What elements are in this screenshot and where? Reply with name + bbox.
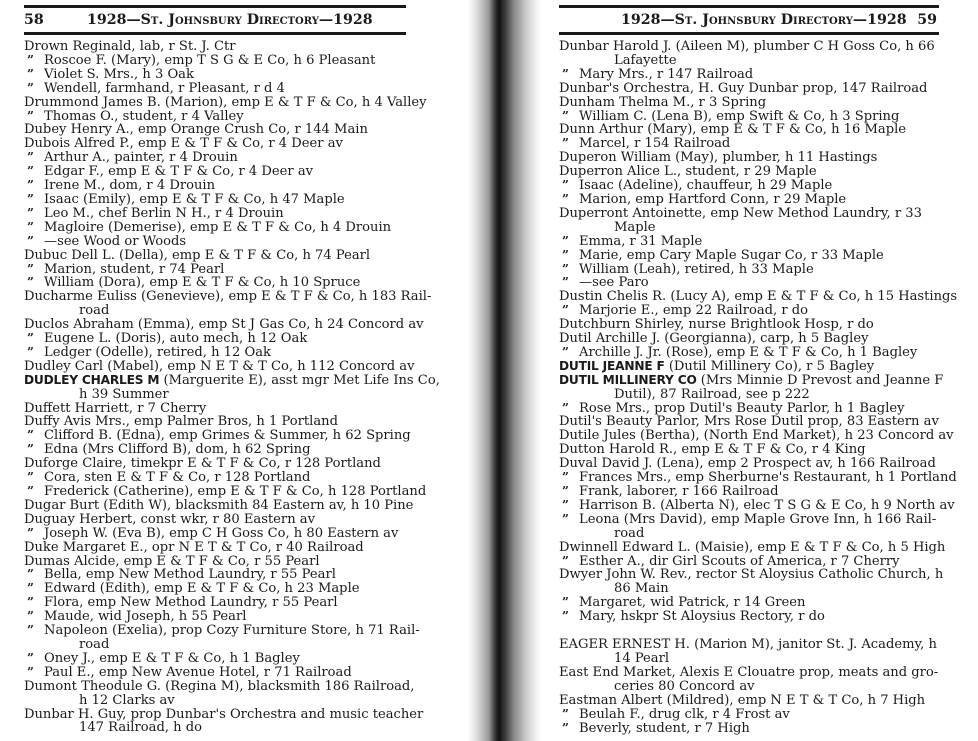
ditto-mark: ” — [562, 513, 579, 527]
entry-text: Drown Reginald, lab, r St. J. Ctr — [24, 39, 236, 54]
entry-continuation: h 12 Clarks av — [24, 694, 408, 708]
entry-text: Duforge Claire, timekpr E & T F & Co, r … — [24, 456, 381, 471]
directory-entry: Dutile Jules (Bertha), (North End Market… — [559, 429, 941, 443]
ditto-mark: ” — [27, 582, 44, 596]
entry-continuation: Maple — [559, 221, 941, 235]
entry-text: Marion, emp Hartford Conn, r 29 Maple — [579, 192, 846, 207]
page-number: 59 — [917, 10, 937, 30]
entry-text: William C. (Lena B), emp Swift & Co, h 3… — [579, 109, 899, 124]
ditto-mark: ” — [562, 249, 579, 263]
ditto-mark: ” — [562, 722, 579, 736]
entry-continuation: 86 Main — [559, 582, 941, 596]
entry-text: Dutchburn Shirley, nurse Brightlook Hosp… — [559, 317, 874, 332]
ditto-mark: ” — [27, 207, 44, 221]
ditto-mark: ” — [27, 332, 44, 346]
directory-sub-entry: ”Maude, wid Joseph, h 55 Pearl — [24, 610, 408, 624]
directory-sub-entry: ”Edgar F., emp E & T F & Co, r 4 Deer av — [24, 165, 408, 179]
directory-sub-entry: ”Ledger (Odelle), retired, h 12 Oak — [24, 346, 408, 360]
directory-sub-entry: ”Wendell, farmhand, r Pleasant, r d 4 — [24, 82, 408, 96]
header-rule-bottom — [24, 32, 406, 35]
ditto-mark: ” — [27, 68, 44, 82]
ditto-mark: ” — [27, 165, 44, 179]
directory-sub-entry: ”Arthur A., painter, r 4 Drouin — [24, 151, 408, 165]
bold-listing-name: DUTIL MILLINERY CO — [559, 373, 697, 387]
directory-entry: Duffy Avis Mrs., emp Palmer Bros, h 1 Po… — [24, 415, 408, 429]
entry-text: Leona (Mrs David), emp Maple Grove Inn, … — [579, 512, 936, 527]
directory-entry: East End Market, Alexis E Clouatre prop,… — [559, 666, 941, 680]
entry-text: Marion, student, r 74 Pearl — [44, 262, 224, 277]
entry-continuation: h 39 Summer — [24, 388, 408, 402]
running-header: 1928—St. Johnsbury Directory—1928 59 — [559, 10, 939, 30]
running-head-title: 1928—St. Johnsbury Directory—1928 — [621, 10, 907, 30]
directory-entries: Drown Reginald, lab, r St. J. Ctr”Roscoe… — [24, 40, 408, 735]
ditto-mark: ” — [562, 276, 579, 290]
entry-text: Leo M., chef Berlin N H., r 4 Drouin — [44, 206, 284, 221]
entry-text: Marie, emp Cary Maple Sugar Co, r 33 Map… — [579, 248, 884, 263]
directory-entry: Dumont Theodule G. (Regina M), blacksmit… — [24, 680, 408, 694]
entry-text: Dutton Harold R., emp E & T F & Co, r 4 … — [559, 442, 866, 457]
entry-text: Dunn Arthur (Mary), emp E & T F & Co, h … — [559, 122, 906, 137]
entry-text: EAGER ERNEST H. (Marion M), janitor St. … — [559, 637, 937, 652]
directory-entry: Dwinnell Edward L. (Maisie), emp E & T F… — [559, 541, 941, 555]
ditto-mark: ” — [27, 443, 44, 457]
ditto-mark: ” — [27, 624, 44, 638]
entry-text: Maude, wid Joseph, h 55 Pearl — [44, 609, 246, 624]
directory-entry: Dutil Archille J. (Georgianna), carp, h … — [559, 332, 941, 346]
directory-sub-entry: ”Thomas O., student, r 4 Valley — [24, 110, 408, 124]
ditto-mark: ” — [562, 110, 579, 124]
directory-entry: Drummond James B. (Marion), emp E & T F … — [24, 96, 408, 110]
entry-text: Rose Mrs., prop Dutil's Beauty Parlor, h… — [579, 401, 905, 416]
ditto-mark: ” — [562, 346, 579, 360]
entry-text: East End Market, Alexis E Clouatre prop,… — [559, 665, 938, 680]
entry-text: Beverly, student, r 7 High — [579, 721, 750, 736]
entry-text: Mary Mrs., r 147 Railroad — [579, 67, 753, 82]
directory-sub-entry: ”Irene M., dom, r 4 Drouin — [24, 179, 408, 193]
ditto-mark: ” — [562, 610, 579, 624]
entry-text: Dustin Chelis R. (Lucy A), emp E & T F &… — [559, 289, 957, 304]
ditto-mark: ” — [27, 54, 44, 68]
directory-sub-entry: ”Rose Mrs., prop Dutil's Beauty Parlor, … — [559, 402, 941, 416]
entry-text: Dubey Henry A., emp Orange Crush Co, r 1… — [24, 122, 368, 137]
directory-entry: DUDLEY CHARLES M (Marguerite E), asst mg… — [24, 374, 408, 388]
ditto-mark: ” — [27, 568, 44, 582]
entry-text: Dubois Alfred P., emp E & T F & Co, r 4 … — [24, 136, 343, 151]
directory-entry: Ducharme Euliss (Genevieve), emp E & T F… — [24, 290, 408, 304]
entry-continuation: Dutil), 87 Railroad, see p 222 — [559, 388, 941, 402]
directory-sub-entry: ”Frances Mrs., emp Sherburne's Restauran… — [559, 471, 941, 485]
entry-continuation: road — [24, 304, 408, 318]
section-gap — [559, 624, 941, 638]
entry-text: Dubuc Dell L. (Della), emp E & T F & Co,… — [24, 248, 370, 263]
directory-sub-entry: ”Bella, emp New Method Laundry, r 55 Pea… — [24, 568, 408, 582]
entry-continuation: 14 Pearl — [559, 652, 941, 666]
entry-text: Frances Mrs., emp Sherburne's Restaurant… — [579, 470, 957, 485]
directory-sub-entry: ”Isaac (Emily), emp E & T F & Co, h 47 M… — [24, 193, 408, 207]
entry-text: Edward (Edith), emp E & T F & Co, h 23 M… — [44, 581, 360, 596]
entry-text: Bella, emp New Method Laundry, r 55 Pear… — [44, 567, 336, 582]
directory-sub-entry: ”Beverly, student, r 7 High — [559, 722, 941, 736]
directory-sub-entry: ”Paul E., emp New Avenue Hotel, r 71 Rai… — [24, 666, 408, 680]
entry-text: Mary, hskpr St Aloysius Rectory, r do — [579, 609, 825, 624]
directory-entry: Eastman Albert (Mildred), emp N E T & T … — [559, 694, 941, 708]
directory-sub-entry: ”Mary, hskpr St Aloysius Rectory, r do — [559, 610, 941, 624]
directory-sub-entry: ”Clifford B. (Edna), emp Grimes & Summer… — [24, 429, 408, 443]
directory-sub-entry: ”Marcel, r 154 Railroad — [559, 137, 941, 151]
directory-sub-entry: ”William (Leah), retired, h 33 Maple — [559, 263, 941, 277]
directory-sub-entry: ”Violet S. Mrs., h 3 Oak — [24, 68, 408, 82]
directory-sub-entry: ”Beulah F., drug clk, r 4 Frost av — [559, 708, 941, 722]
entry-text: —see Paro — [579, 275, 649, 290]
running-head-title: 1928—St. Johnsbury Directory—1928 — [87, 10, 373, 30]
entry-text: Duffett Harriett, r 7 Cherry — [24, 401, 206, 416]
entry-text: Dutil's Beauty Parlor, Mrs Rose Dutil pr… — [559, 414, 939, 429]
directory-sub-entry: ”Emma, r 31 Maple — [559, 235, 941, 249]
entry-text: Ducharme Euliss (Genevieve), emp E & T F… — [24, 289, 431, 304]
ditto-mark: ” — [27, 652, 44, 666]
directory-entry: Dwyer John W. Rev., rector St Aloysius C… — [559, 568, 941, 582]
entry-text: Duguay Herbert, const wkr, r 80 Eastern … — [24, 512, 315, 527]
entry-text: Oney J., emp E & T F & Co, h 1 Bagley — [44, 651, 300, 666]
directory-entry: Duperon William (May), plumber, h 11 Has… — [559, 151, 941, 165]
directory-entry: DUTIL JEANNE F (Dutil Millinery Co), r 5… — [559, 360, 941, 374]
directory-sub-entry: ”Mary Mrs., r 147 Railroad — [559, 68, 941, 82]
directory-sub-entry: ”Roscoe F. (Mary), emp T S G & E Co, h 6… — [24, 54, 408, 68]
entry-text: Dunbar H. Guy, prop Dunbar's Orchestra a… — [24, 707, 423, 722]
entry-text: Dugar Burt (Edith W), blacksmith 84 East… — [24, 498, 413, 513]
entry-text: Margaret, wid Patrick, r 14 Green — [579, 595, 805, 610]
ditto-mark: ” — [27, 610, 44, 624]
ditto-mark: ” — [562, 402, 579, 416]
entry-text: Isaac (Adeline), chauffeur, h 29 Maple — [579, 178, 832, 193]
ditto-mark: ” — [562, 708, 579, 722]
book-gutter-shadow — [468, 0, 542, 741]
entry-text: Frederick (Catherine), emp E & T F & Co,… — [44, 484, 426, 499]
directory-entry: Dugar Burt (Edith W), blacksmith 84 East… — [24, 499, 408, 513]
directory-entry: Duperron Alice L., student, r 29 Maple — [559, 165, 941, 179]
entry-text: Emma, r 31 Maple — [579, 234, 702, 249]
ditto-mark: ” — [562, 235, 579, 249]
right-page: 1928—St. Johnsbury Directory—1928 59 Dun… — [540, 0, 978, 741]
entry-text: Magloire (Demerise), emp E & T F & Co, h… — [44, 220, 391, 235]
directory-sub-entry: ”Eugene L. (Doris), auto mech, h 12 Oak — [24, 332, 408, 346]
ditto-mark: ” — [27, 110, 44, 124]
entry-text: Marjorie E., emp 22 Railroad, r do — [579, 303, 808, 318]
ditto-mark: ” — [562, 304, 579, 318]
directory-sub-entry: ”Margaret, wid Patrick, r 14 Green — [559, 596, 941, 610]
directory-entry: Dutchburn Shirley, nurse Brightlook Hosp… — [559, 318, 941, 332]
entry-text: Dutile Jules (Bertha), (North End Market… — [559, 428, 954, 443]
entry-text: Cora, sten E & T F & Co, r 128 Portland — [44, 470, 310, 485]
ditto-mark: ” — [562, 263, 579, 277]
entry-text: Duperon William (May), plumber, h 11 Has… — [559, 150, 877, 165]
directory-sub-entry: ”Frederick (Catherine), emp E & T F & Co… — [24, 485, 408, 499]
entry-text: Harrison B. (Alberta N), elec T S G & E … — [579, 498, 955, 513]
entry-text: William (Leah), retired, h 33 Maple — [579, 262, 814, 277]
entry-text: Edgar F., emp E & T F & Co, r 4 Deer av — [44, 164, 313, 179]
entry-text: Roscoe F. (Mary), emp T S G & E Co, h 6 … — [44, 53, 375, 68]
bold-listing-name: DUDLEY CHARLES M — [24, 373, 159, 387]
entry-continuation: road — [24, 638, 408, 652]
entry-text: Duffy Avis Mrs., emp Palmer Bros, h 1 Po… — [24, 414, 338, 429]
directory-entries: Dunbar Harold J. (Aileen M), plumber C H… — [559, 40, 941, 735]
entry-text: Arthur A., painter, r 4 Drouin — [44, 150, 238, 165]
directory-sub-entry: ”Napoleon (Exelia), prop Cozy Furniture … — [24, 624, 408, 638]
ditto-mark: ” — [562, 596, 579, 610]
entry-text: Paul E., emp New Avenue Hotel, r 71 Rail… — [44, 665, 352, 680]
directory-sub-entry: ”Joseph W. (Eva B), emp C H Goss Co, h 8… — [24, 527, 408, 541]
ditto-mark: ” — [27, 82, 44, 96]
entry-text: Flora, emp New Method Laundry, r 55 Pear… — [44, 595, 338, 610]
ditto-mark: ” — [27, 596, 44, 610]
directory-sub-entry: ”—see Wood or Woods — [24, 235, 408, 249]
directory-sub-entry: ”Harrison B. (Alberta N), elec T S G & E… — [559, 499, 941, 513]
ditto-mark: ” — [27, 193, 44, 207]
entry-text: Dunham Thelma M., r 3 Spring — [559, 95, 766, 110]
entry-text: Dudley Carl (Mabel), emp N E T & T Co, h… — [24, 359, 415, 374]
entry-text: Drummond James B. (Marion), emp E & T F … — [24, 95, 427, 110]
directory-entry: Dubey Henry A., emp Orange Crush Co, r 1… — [24, 123, 408, 137]
directory-sub-entry: ”Edna (Mrs Clifford B), dom, h 62 Spring — [24, 443, 408, 457]
ditto-mark: ” — [562, 485, 579, 499]
directory-sub-entry: ”Leo M., chef Berlin N H., r 4 Drouin — [24, 207, 408, 221]
directory-entry: Duval David J. (Lena), emp 2 Prospect av… — [559, 457, 941, 471]
directory-entry: Dunn Arthur (Mary), emp E & T F & Co, h … — [559, 123, 941, 137]
directory-entry: EAGER ERNEST H. (Marion M), janitor St. … — [559, 638, 941, 652]
directory-sub-entry: ”Cora, sten E & T F & Co, r 128 Portland — [24, 471, 408, 485]
directory-entry: Dunham Thelma M., r 3 Spring — [559, 96, 941, 110]
directory-sub-entry: ”William (Dora), emp E & T F & Co, h 10 … — [24, 276, 408, 290]
entry-text: Thomas O., student, r 4 Valley — [44, 109, 244, 124]
directory-sub-entry: ”Oney J., emp E & T F & Co, h 1 Bagley — [24, 652, 408, 666]
directory-sub-entry: ”William C. (Lena B), emp Swift & Co, h … — [559, 110, 941, 124]
directory-sub-entry: ”Marion, student, r 74 Pearl — [24, 263, 408, 277]
directory-entry: Dudley Carl (Mabel), emp N E T & T Co, h… — [24, 360, 408, 374]
entry-text: Ledger (Odelle), retired, h 12 Oak — [44, 345, 271, 360]
entry-continuation: 147 Railroad, h do — [24, 721, 408, 735]
directory-entry: Duforge Claire, timekpr E & T F & Co, r … — [24, 457, 408, 471]
ditto-mark: ” — [27, 429, 44, 443]
entry-text: Duke Margaret E., opr N E T & T Co, r 40… — [24, 540, 364, 555]
entry-text: Frank, laborer, r 166 Railroad — [579, 484, 779, 499]
ditto-mark: ” — [562, 68, 579, 82]
entry-text: William (Dora), emp E & T F & Co, h 10 S… — [44, 275, 360, 290]
entry-text: (Mrs Minnie D Prevost and Jeanne F — [697, 373, 944, 388]
entry-text: Dwyer John W. Rev., rector St Aloysius C… — [559, 567, 943, 582]
ditto-mark: ” — [562, 179, 579, 193]
entry-text: Isaac (Emily), emp E & T F & Co, h 47 Ma… — [44, 192, 345, 207]
ditto-mark: ” — [27, 179, 44, 193]
directory-entry: Dutil's Beauty Parlor, Mrs Rose Dutil pr… — [559, 415, 941, 429]
header-rule-bottom — [559, 32, 939, 35]
entry-text: Eugene L. (Doris), auto mech, h 12 Oak — [44, 331, 307, 346]
entry-text: Wendell, farmhand, r Pleasant, r d 4 — [44, 81, 285, 96]
entry-text: Edna (Mrs Clifford B), dom, h 62 Spring — [44, 442, 310, 457]
directory-sub-entry: ”Archille J. Jr. (Rose), emp E & T F & C… — [559, 346, 941, 360]
page-number: 58 — [24, 10, 44, 30]
entry-text: Irene M., dom, r 4 Drouin — [44, 178, 215, 193]
entry-text: Dutil Archille J. (Georgianna), carp, h … — [559, 331, 869, 346]
directory-entry: Duguay Herbert, const wkr, r 80 Eastern … — [24, 513, 408, 527]
entry-text: Duclos Abraham (Emma), emp St J Gas Co, … — [24, 317, 424, 332]
directory-entry: Dustin Chelis R. (Lucy A), emp E & T F &… — [559, 290, 941, 304]
ditto-mark: ” — [27, 235, 44, 249]
entry-continuation: road — [559, 527, 941, 541]
directory-entry: Duffett Harriett, r 7 Cherry — [24, 402, 408, 416]
directory-sub-entry: ”Isaac (Adeline), chauffeur, h 29 Maple — [559, 179, 941, 193]
directory-entry: Dunbar's Orchestra, H. Guy Dunbar prop, … — [559, 82, 941, 96]
entry-text: —see Wood or Woods — [44, 234, 186, 249]
directory-entry: Dubois Alfred P., emp E & T F & Co, r 4 … — [24, 137, 408, 151]
entry-text: Dwinnell Edward L. (Maisie), emp E & T F… — [559, 540, 945, 555]
directory-sub-entry: ”Flora, emp New Method Laundry, r 55 Pea… — [24, 596, 408, 610]
entry-text: Marcel, r 154 Railroad — [579, 136, 730, 151]
directory-entry: Dubuc Dell L. (Della), emp E & T F & Co,… — [24, 249, 408, 263]
directory-entry: Dumas Alcide, emp E & T F & Co, r 55 Pea… — [24, 555, 408, 569]
entry-text: Joseph W. (Eva B), emp C H Goss Co, h 80… — [44, 526, 398, 541]
directory-entry: Drown Reginald, lab, r St. J. Ctr — [24, 40, 408, 54]
bold-listing-name: DUTIL JEANNE F — [559, 359, 665, 373]
directory-sub-entry: ”Edward (Edith), emp E & T F & Co, h 23 … — [24, 582, 408, 596]
directory-sub-entry: ”—see Paro — [559, 276, 941, 290]
entry-continuation: ceries 80 Concord av — [559, 680, 941, 694]
ditto-mark: ” — [27, 527, 44, 541]
entry-text: Beulah F., drug clk, r 4 Frost av — [579, 707, 790, 722]
header-rule-top — [559, 5, 939, 8]
entry-text: Duperront Antoinette, emp New Method Lau… — [559, 206, 922, 221]
directory-entry: DUTIL MILLINERY CO (Mrs Minnie D Prevost… — [559, 374, 941, 388]
ditto-mark: ” — [562, 137, 579, 151]
entry-text: Violet S. Mrs., h 3 Oak — [44, 67, 194, 82]
directory-sub-entry: ”Leona (Mrs David), emp Maple Grove Inn,… — [559, 513, 941, 527]
entry-text: Archille J. Jr. (Rose), emp E & T F & Co… — [579, 345, 917, 360]
entry-text: Duval David J. (Lena), emp 2 Prospect av… — [559, 456, 936, 471]
directory-entry: Duperront Antoinette, emp New Method Lau… — [559, 207, 941, 221]
entry-continuation: Lafayette — [559, 54, 941, 68]
ditto-mark: ” — [27, 276, 44, 290]
header-rule-top — [24, 5, 406, 8]
directory-sub-entry: ”Marion, emp Hartford Conn, r 29 Maple — [559, 193, 941, 207]
directory-entry: Dunbar Harold J. (Aileen M), plumber C H… — [559, 40, 941, 54]
entry-text: Duperron Alice L., student, r 29 Maple — [559, 164, 817, 179]
ditto-mark: ” — [27, 485, 44, 499]
directory-sub-entry: ”Esther A., dir Girl Scouts of America, … — [559, 555, 941, 569]
ditto-mark: ” — [27, 221, 44, 235]
entry-text: (Marguerite E), asst mgr Met Life Ins Co… — [159, 373, 440, 388]
ditto-mark: ” — [562, 471, 579, 485]
directory-sub-entry: ”Frank, laborer, r 166 Railroad — [559, 485, 941, 499]
entry-text: Esther A., dir Girl Scouts of America, r… — [579, 554, 900, 569]
ditto-mark: ” — [27, 151, 44, 165]
directory-entry: Dutton Harold R., emp E & T F & Co, r 4 … — [559, 443, 941, 457]
ditto-mark: ” — [27, 666, 44, 680]
directory-sub-entry: ”Marie, emp Cary Maple Sugar Co, r 33 Ma… — [559, 249, 941, 263]
ditto-mark: ” — [27, 346, 44, 360]
directory-sub-entry: ”Marjorie E., emp 22 Railroad, r do — [559, 304, 941, 318]
entry-text: Dunbar Harold J. (Aileen M), plumber C H… — [559, 39, 935, 54]
entry-text: Dumont Theodule G. (Regina M), blacksmit… — [24, 679, 414, 694]
ditto-mark: ” — [27, 263, 44, 277]
ditto-mark: ” — [562, 499, 579, 513]
entry-text: Dumas Alcide, emp E & T F & Co, r 55 Pea… — [24, 554, 320, 569]
directory-entry: Duke Margaret E., opr N E T & T Co, r 40… — [24, 541, 408, 555]
ditto-mark: ” — [562, 193, 579, 207]
directory-sub-entry: ”Magloire (Demerise), emp E & T F & Co, … — [24, 221, 408, 235]
entry-text: Eastman Albert (Mildred), emp N E T & T … — [559, 693, 925, 708]
running-header: 58 1928—St. Johnsbury Directory—1928 — [24, 10, 406, 30]
directory-entry: Duclos Abraham (Emma), emp St J Gas Co, … — [24, 318, 408, 332]
entry-text: Napoleon (Exelia), prop Cozy Furniture S… — [44, 623, 420, 638]
entry-text: Clifford B. (Edna), emp Grimes & Summer,… — [44, 428, 411, 443]
left-page: 58 1928—St. Johnsbury Directory—1928 Dro… — [0, 0, 470, 741]
entry-text: Dunbar's Orchestra, H. Guy Dunbar prop, … — [559, 81, 927, 96]
ditto-mark: ” — [562, 555, 579, 569]
directory-entry: Dunbar H. Guy, prop Dunbar's Orchestra a… — [24, 708, 408, 722]
entry-text: (Dutil Millinery Co), r 5 Bagley — [665, 359, 875, 374]
ditto-mark: ” — [27, 471, 44, 485]
